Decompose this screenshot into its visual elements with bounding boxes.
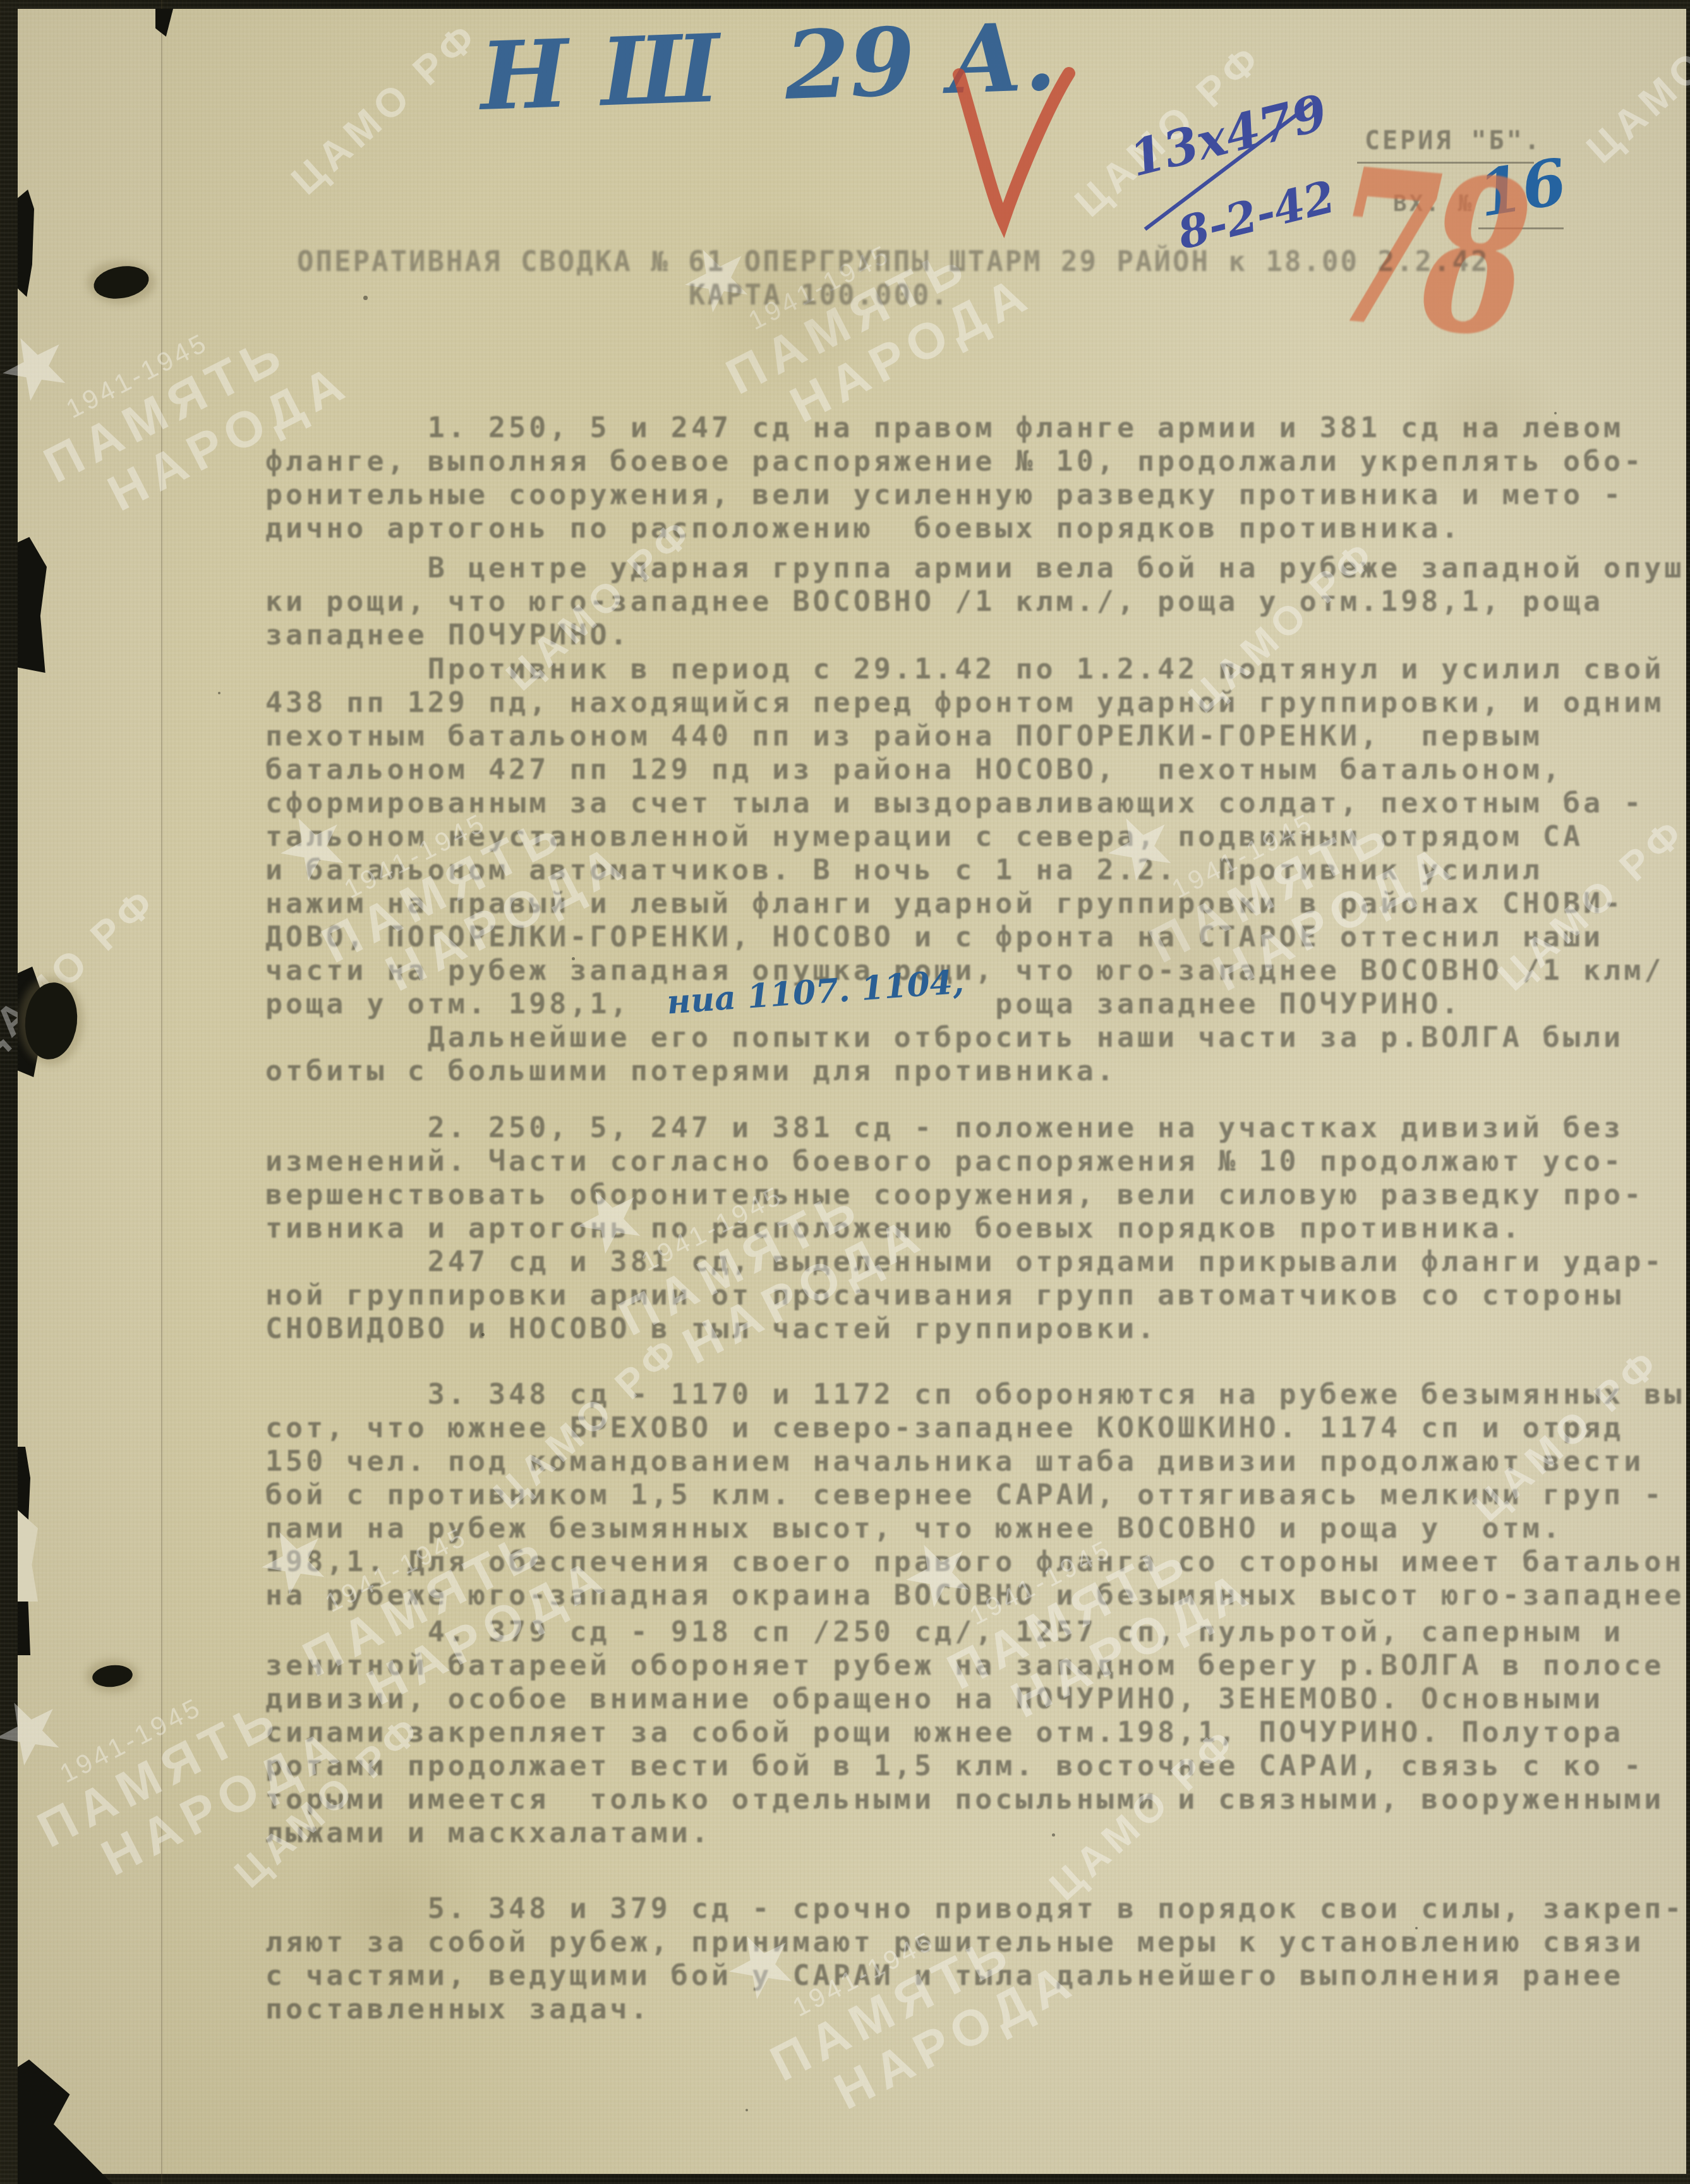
incoming-number-hand: 13х479	[1124, 83, 1332, 188]
typed-line: батальоном 427 пп 129 пд из района НОСОВ…	[265, 752, 1664, 786]
typed-line: 5. 348 и 379 сд - срочно приводят в поря…	[265, 1891, 1684, 1925]
typed-line: бой с противником 1,5 клм. севернее САРА…	[265, 1478, 1690, 1511]
typed-line: тальоном неустановленной нумерации с сев…	[265, 819, 1664, 853]
typed-line: фланге, выполняя боевое распоряжение № 1…	[265, 444, 1644, 478]
paper-speck	[1554, 412, 1557, 414]
paper-speck	[218, 692, 220, 694]
typed-line: поставленных задач.	[265, 1992, 1684, 2025]
typed-paragraph: 5. 348 и 379 сд - срочно приводят в поря…	[265, 1891, 1684, 2025]
typed-line: 2. 250, 5, 247 и 381 сд - положение на у…	[265, 1111, 1664, 1144]
typed-line: лыжами и маскхалатами.	[265, 1816, 1664, 1849]
typed-line: изменений. Части согласно боевого распор…	[265, 1144, 1664, 1178]
typed-line: западнее ПОЧУРИНО.	[265, 618, 1690, 651]
paper-speck	[363, 296, 368, 300]
typed-line: СНОВИДОВО и НОСОВО в тыл частей группиро…	[265, 1312, 1664, 1345]
typed-line: ной группировки армии от просачивания гр…	[265, 1278, 1664, 1312]
typed-line: ляют за собой рубеж, принимают решительн…	[265, 1925, 1684, 1958]
document-title-line1: ОПЕРАТИВНАЯ СВОДКА № 61 ОПЕРГРУППЫ ШТАРМ…	[297, 245, 1489, 279]
typed-line: ронительные сооружения, вели усиленную р…	[265, 478, 1644, 511]
paper-speck	[894, 708, 896, 710]
typed-paragraph: 2. 250, 5, 247 и 381 сд - положение на у…	[265, 1111, 1664, 1345]
typed-line: Дальнейшие его попытки отбросить наши ча…	[265, 1020, 1664, 1054]
typed-line: зенитной батареей обороняет рубеж на зап…	[265, 1648, 1664, 1682]
typed-line: ДОВО, ПОГОРЕЛКИ-ГОРЕНКИ, НОСОВО и с фрон…	[265, 920, 1664, 953]
typed-paragraph: Противник в период с 29.1.42 по 1.2.42 п…	[265, 652, 1664, 1087]
typed-line: пами на рубеж безымянных высот, что южне…	[265, 1511, 1690, 1545]
typed-line: тивника и артогонь по расположению боевы…	[265, 1211, 1664, 1245]
document-title-line2: КАРТА 100.000.	[689, 279, 950, 312]
typed-line: на рубеже юго-западная окраина ВОСОВНО и…	[265, 1578, 1690, 1612]
typed-line: силами закрепляет за собой рощи южнее от…	[265, 1715, 1664, 1749]
paper-speck	[481, 1333, 485, 1336]
typed-line: 247 сд и 381 сд, выделенными отрядами пр…	[265, 1245, 1664, 1278]
typed-line: дично артогонь по расположению боевых по…	[265, 511, 1644, 545]
typed-line: и батальоном автоматчиков. В ночь с 1 на…	[265, 853, 1664, 886]
typed-paragraph: 3. 348 сд - 1170 и 1172 сп обороняются н…	[265, 1377, 1690, 1612]
typed-line: 438 пп 129 пд, находящийся перед фронтом…	[265, 685, 1664, 719]
typed-line: 150 чел. под командованием начальника шт…	[265, 1444, 1690, 1478]
typed-line: отбиты с большими потерями для противник…	[265, 1054, 1664, 1087]
typed-line: 3. 348 сд - 1170 и 1172 сп обороняются н…	[265, 1377, 1690, 1411]
paper-speck	[1052, 1833, 1055, 1837]
typed-line: торыми имеется только отдельными посыльн…	[265, 1782, 1664, 1816]
typed-line: ротами продолжает вести бой в 1,5 клм. в…	[265, 1749, 1664, 1782]
typed-line: пехотным батальоном 440 пп из района ПОГ…	[265, 719, 1664, 752]
typed-line: дивизии, особое внимание обращено на ПОЧ…	[265, 1682, 1664, 1715]
typed-line: В центре ударная группа армии вела бой н…	[265, 551, 1690, 584]
typed-line: 198,1. Для обеспечения своего правого фл…	[265, 1545, 1690, 1578]
typed-paragraph: 1. 250, 5 и 247 сд на правом фланге арми…	[265, 411, 1644, 545]
paper-speck	[572, 957, 575, 960]
typed-paragraph: В центре ударная группа армии вела бой н…	[265, 551, 1690, 651]
red-checkmark	[935, 44, 1099, 246]
typed-line: с частями, ведущими бой у САРАИ и тыла д…	[265, 1958, 1684, 1992]
typed-line: 4. 379 сд - 918 сп /250 сд/, 1257 сп, пу…	[265, 1615, 1664, 1648]
typed-paragraph: 4. 379 сд - 918 сп /250 сд/, 1257 сп, пу…	[265, 1615, 1664, 1849]
typed-line: роща у отм. 198,1, роща западнее ПОЧУРИН…	[265, 987, 1664, 1020]
typed-line: нажим на правый и левый фланги ударной г…	[265, 886, 1664, 920]
typed-line: ки рощи, что юго-западнее ВОСОВНО /1 клм…	[265, 584, 1690, 618]
typed-line: Противник в период с 29.1.42 по 1.2.42 п…	[265, 652, 1664, 685]
typed-line: части на рубеж западная опушка рощи, что…	[265, 953, 1664, 987]
typed-line: сформированным за счет тыла и выздоравли…	[265, 786, 1664, 819]
document-scan-page: 1. 250, 5 и 247 сд на правом фланге арми…	[0, 0, 1690, 2184]
typed-line: сот, что южнее БРЕХОВО и северо-западнее…	[265, 1411, 1690, 1444]
typed-line: вершенствовать оборонительные сооружения…	[265, 1178, 1664, 1211]
handwritten-incoming-fraction: 13х479 8-2-42	[1096, 60, 1361, 268]
typed-line: 1. 250, 5 и 247 сд на правом фланге арми…	[265, 411, 1644, 444]
paper-speck	[1415, 1927, 1418, 1929]
paper-speck	[745, 2109, 748, 2111]
